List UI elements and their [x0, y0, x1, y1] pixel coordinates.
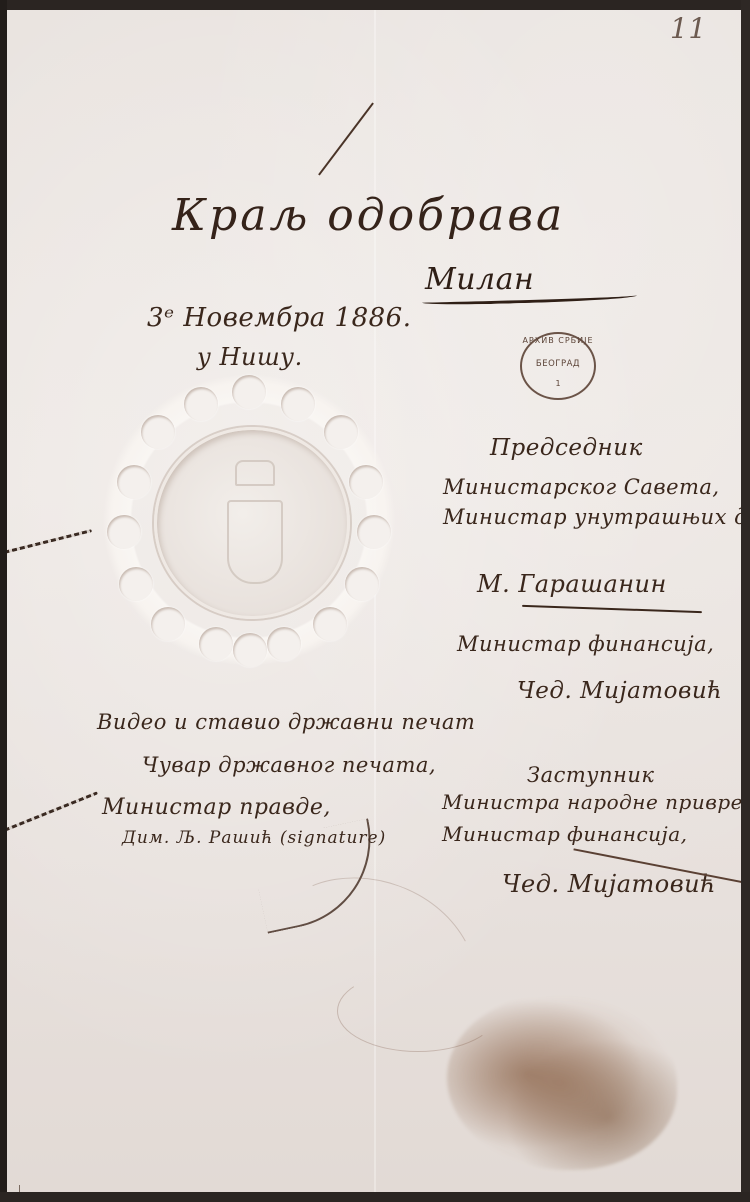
president-signature: М. Гарашанин: [477, 570, 667, 598]
water-stain: [447, 995, 677, 1170]
archive-stamp: АРХИВ СРБИЈЕ БЕОГРАД 1: [520, 332, 596, 400]
header-slash-mark: [318, 102, 374, 175]
seal-lobe: [349, 465, 383, 499]
interior-minister-line: Министар унутрашњих дела,: [443, 505, 741, 529]
finance-minister-title: Министар финансија,: [457, 632, 714, 656]
archive-stamp-ring-text: АРХИВ СРБИЈЕ: [522, 336, 594, 345]
royal-approval-text: Краљ одобрава: [172, 190, 565, 241]
seal-crown-finial: [232, 375, 266, 409]
seal-lobe: [107, 515, 141, 549]
king-signature: Милан: [425, 262, 534, 297]
binding-string: [7, 529, 92, 554]
document-place: у Нишу.: [197, 343, 303, 371]
photo-frame-top: [0, 0, 750, 10]
deputy-title: Заступник: [527, 763, 654, 787]
document-page: 11 Краљ одобрава Милан 3ᵉ Новембра 1886.…: [7, 10, 741, 1192]
economy-minister-line: Министра народне привреде,: [442, 790, 741, 814]
archive-stamp-city: БЕОГРАД: [522, 359, 594, 369]
embossed-state-seal: [99, 375, 399, 665]
seal-lobe: [151, 607, 185, 641]
council-line: Министарског Савета,: [443, 475, 720, 499]
photo-frame-left: [0, 0, 7, 1202]
seal-lobe: [184, 387, 218, 421]
photo-frame-right: [741, 0, 750, 1202]
seal-lobe: [117, 465, 151, 499]
seal-lobe: [233, 633, 267, 667]
deputy-signature: Чед. Мијатовић: [502, 870, 716, 898]
seal-lobe: [313, 607, 347, 641]
seal-lobe: [281, 387, 315, 421]
seal-lobe: [199, 627, 233, 661]
signature-underline: [522, 605, 702, 613]
margin-mark: [19, 1185, 20, 1192]
seal-lobe: [357, 515, 391, 549]
binding-string: [7, 791, 98, 831]
seal-witness-line: Видео и ставио државни печат: [97, 710, 475, 734]
finance-minister-line-2: Министар финансија,: [442, 822, 688, 846]
coat-of-arms-shield-icon: [227, 500, 283, 584]
finance-minister-signature: Чед. Мијатовић: [517, 678, 722, 704]
seal-lobe: [119, 567, 153, 601]
seal-lobe: [324, 415, 358, 449]
photo-frame-bottom: [0, 1192, 750, 1202]
archive-stamp-number: 1: [522, 379, 594, 388]
seal-lobe: [141, 415, 175, 449]
president-title: Председник: [490, 435, 643, 461]
seal-keeper-title: Чувар државног печата,: [142, 753, 436, 777]
seal-lobe: [267, 627, 301, 661]
justice-minister-title: Министар правде,: [102, 795, 331, 820]
crown-icon: [235, 460, 275, 486]
page-number: 11: [670, 12, 707, 45]
seal-disc: [154, 427, 350, 619]
document-date: 3ᵉ Новембра 1886.: [147, 303, 412, 333]
seal-lobe: [345, 567, 379, 601]
